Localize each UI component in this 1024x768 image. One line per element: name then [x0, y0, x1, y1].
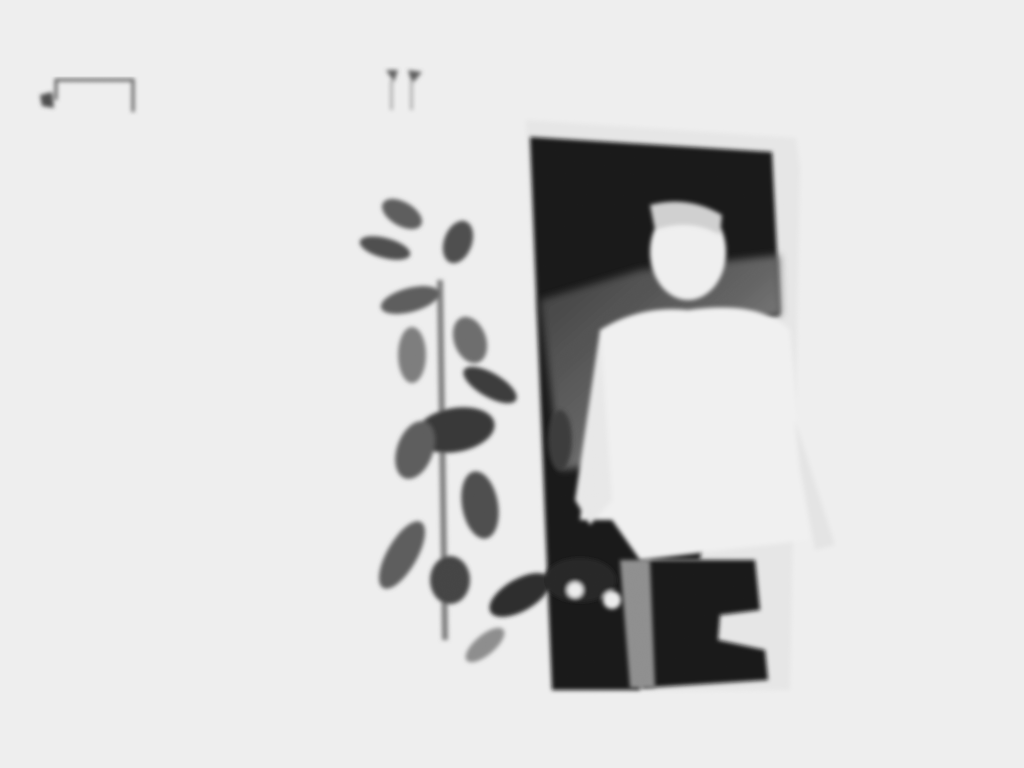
grain-overlay: [0, 0, 1024, 768]
photo-scene: [0, 0, 1024, 768]
